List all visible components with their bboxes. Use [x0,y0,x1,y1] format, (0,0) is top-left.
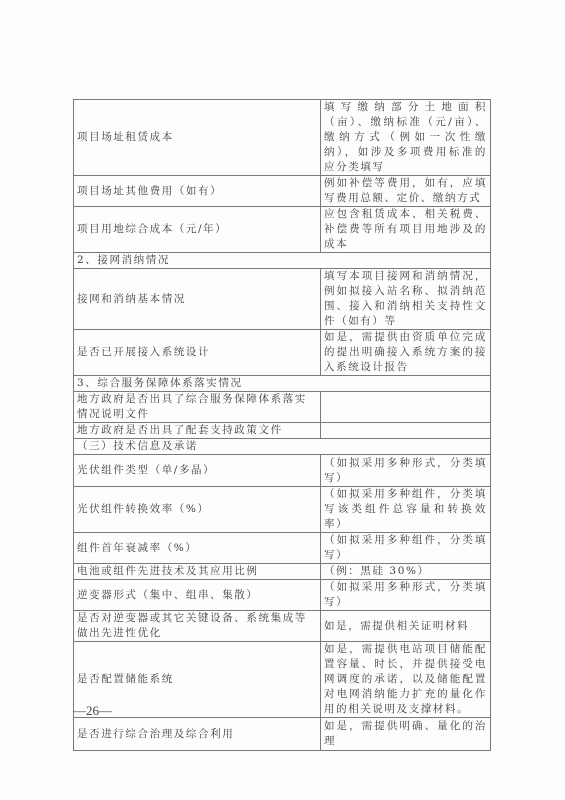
row-note: 填写本项目接网和消纳情况，例如拟接入站名称、拟消纳范围、接入和消纳相关支持性文件… [321,269,491,330]
row-label: 是否进行综合治理及综合利用 [74,718,321,751]
table-row: 是否配置储能系统 如是，需提供电站项目储能配置容量、时长，并提供接受电网调度的承… [74,642,491,718]
table-row: 电池或组件先进技术及其应用比例 （例：黑硅 30%） [74,564,491,580]
row-note: （如拟采用多种组件，分类填写） [321,533,491,564]
row-label: 是否已开展接入系统设计 [74,330,321,376]
table-row: 是否进行综合治理及综合利用 如是，需提供明确、量化的治理 [74,718,491,751]
row-note: 如是，需提供电站项目储能配置容量、时长，并提供接受电网调度的承诺，以及储能配置对… [321,642,491,718]
table-row: 项目用地综合成本（元/年） 应包含租赁成本、相关税费、补偿费等所有项目用地涉及的… [74,207,491,253]
row-label: 组件首年衰减率（%） [74,533,321,564]
row-note: 应包含租赁成本、相关税费、补偿费等所有项目用地涉及的成本 [321,207,491,253]
row-note: 例如补偿等费用，如有，应填写费用总额、定价、缴纳方式 [321,176,491,207]
row-label: 接网和消纳基本情况 [74,269,321,330]
project-info-table: 项目场址租赁成本 填写缴纳部分土地面积（亩）、缴纳标准（元/亩）、缴纳方式（例如… [73,99,491,751]
row-note: （如拟采用多种形式，分类填写） [321,455,491,487]
section-row: 2、接网消纳情况 [74,253,491,269]
section-heading: 3、综合服务保障体系落实情况 [74,376,491,392]
table-row: 项目场址其他费用（如有） 例如补偿等费用，如有，应填写费用总额、定价、缴纳方式 [74,176,491,207]
row-note: （如拟采用多种组件，分类填写该类组件总容量和转换效率） [321,487,491,533]
section-row: 3、综合服务保障体系落实情况 [74,376,491,392]
row-label: 逆变器形式（集中、组串、集散） [74,580,321,611]
section-heading: （三）技术信息及承诺 [74,439,491,455]
section-heading: 2、接网消纳情况 [74,253,491,269]
table-row: 光伏组件类型（单/多晶） （如拟采用多种形式，分类填写） [74,455,491,487]
row-label: 项目用地综合成本（元/年） [74,207,321,253]
row-label: 是否对逆变器或其它关键设备、系统集成等做出先进性优化 [74,611,321,642]
table-row: 组件首年衰减率（%） （如拟采用多种组件，分类填写） [74,533,491,564]
document-page: 项目场址租赁成本 填写缴纳部分土地面积（亩）、缴纳标准（元/亩）、缴纳方式（例如… [0,0,565,800]
table-row: 项目场址租赁成本 填写缴纳部分土地面积（亩）、缴纳标准（元/亩）、缴纳方式（例如… [74,100,491,176]
table-row: 地方政府是否出具了配套支持政策文件 [74,423,491,439]
table-row: 接网和消纳基本情况 填写本项目接网和消纳情况，例如拟接入站名称、拟消纳范围、接入… [74,269,491,330]
row-label: 项目场址其他费用（如有） [74,176,321,207]
row-note [321,423,491,439]
section-row: （三）技术信息及承诺 [74,439,491,455]
table-row: 地方政府是否出具了综合服务保障体系落实情况说明文件 [74,392,491,423]
row-note [321,392,491,423]
table-row: 是否已开展接入系统设计 如是，需提供由资质单位完成的提出明确接入系统方案的接入系… [74,330,491,376]
row-note: 如是，需提供明确、量化的治理 [321,718,491,751]
row-label: 光伏组件类型（单/多晶） [74,455,321,487]
row-label: 地方政府是否出具了综合服务保障体系落实情况说明文件 [74,392,321,423]
page-number: —26— [73,703,112,719]
table-row: 是否对逆变器或其它关键设备、系统集成等做出先进性优化 如是，需提供相关证明材料 [74,611,491,642]
table-row: 光伏组件转换效率（%） （如拟采用多种组件，分类填写该类组件总容量和转换效率） [74,487,491,533]
row-note: 如是，需提供由资质单位完成的提出明确接入系统方案的接入系统设计报告 [321,330,491,376]
row-note: 填写缴纳部分土地面积（亩）、缴纳标准（元/亩）、缴纳方式（例如一次性缴纳），如涉… [321,100,491,176]
row-note: （例：黑硅 30%） [321,564,491,580]
row-label: 项目场址租赁成本 [74,100,321,176]
row-label: 电池或组件先进技术及其应用比例 [74,564,321,580]
row-label: 地方政府是否出具了配套支持政策文件 [74,423,321,439]
table-row: 逆变器形式（集中、组串、集散） （如拟采用多种形式，分类填写） [74,580,491,611]
row-note: （如拟采用多种形式，分类填写） [321,580,491,611]
row-note: 如是，需提供相关证明材料 [321,611,491,642]
row-label: 光伏组件转换效率（%） [74,487,321,533]
